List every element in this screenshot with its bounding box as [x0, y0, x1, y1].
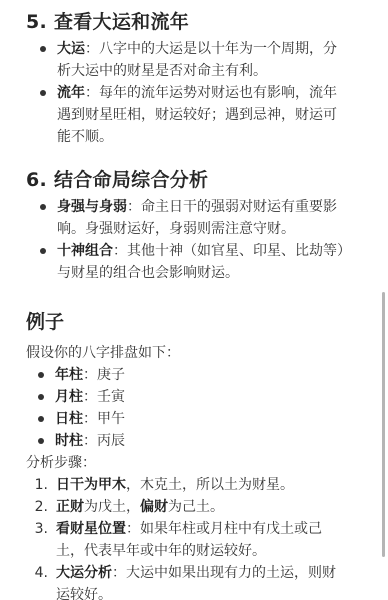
term: 十神组合 [57, 243, 113, 259]
separator: ： [83, 389, 97, 405]
separator: ： [127, 199, 141, 215]
step-number: 1. [34, 474, 48, 496]
item-text: 壬寅 [97, 389, 125, 405]
item-text: 甲午 [97, 411, 125, 427]
list-item: 2. 正财为戊土，偏财为己土。 [34, 496, 346, 518]
item-text: ，木克土，所以土为财星。 [126, 477, 294, 493]
separator: ： [113, 243, 127, 259]
bullet-icon [38, 372, 44, 378]
list-item: 日柱：甲午 [38, 408, 345, 430]
term: 正财 [56, 499, 84, 515]
list-item: 4. 大运分析：大运中如果出现有力的土运，则财运较好。 [34, 562, 346, 600]
term: 看财星位置 [56, 521, 126, 537]
term: 大运 [57, 41, 85, 57]
step-number: 2. [34, 496, 48, 518]
separator: ： [85, 41, 99, 57]
item-text: 为己土。 [168, 499, 224, 515]
list-item: 时柱：丙辰 [38, 430, 345, 452]
steps-label: 分析步骤： [26, 452, 96, 474]
separator: ： [83, 433, 97, 449]
section-5-list: 大运：八字中的大运是以十年为一个周期，分析大运中的财星是否对命主有利。 流年：每… [40, 38, 347, 148]
list-item: 流年：每年的流年运势对财运也有影响，流年遇到财星旺相，财运较好；遇到忌神，财运可… [40, 82, 347, 148]
bullet-icon [38, 394, 44, 400]
bullet-icon [38, 416, 44, 422]
list-item: 十神组合：其他十神（如官星、印星、比劫等）与财星的组合也会影响财运。 [40, 240, 347, 284]
term: 日柱 [55, 411, 83, 427]
separator: ： [83, 411, 97, 427]
term: 大运分析 [56, 565, 112, 581]
bullet-icon [38, 438, 44, 444]
item-text: 庚子 [97, 367, 125, 383]
steps-list: 1. 日干为甲木，木克土，所以土为财星。 2. 正财为戊土，偏财为己土。 3. … [34, 474, 346, 600]
list-item: 身强与身弱：命主日干的强弱对财运有重要影响。身强财运好，身弱则需注意守财。 [40, 196, 347, 240]
term: 月柱 [55, 389, 83, 405]
list-item: 1. 日干为甲木，木克土，所以土为财星。 [34, 474, 346, 496]
list-item: 3. 看财星位置：如果年柱或月柱中有戊土或己土，代表早年或中年的财运较好。 [34, 518, 346, 562]
separator: ： [83, 367, 97, 383]
list-item: 大运：八字中的大运是以十年为一个周期，分析大运中的财星是否对命主有利。 [40, 38, 347, 82]
example-intro: 假设你的八字排盘如下： [26, 342, 180, 364]
term: 日干为甲木 [56, 477, 126, 493]
item-text: 丙辰 [97, 433, 125, 449]
step-number: 4. [34, 562, 48, 584]
list-item: 年柱：庚子 [38, 364, 345, 386]
term: 身强与身弱 [57, 199, 127, 215]
term: 偏财 [140, 499, 168, 515]
section-5-heading: 5. 查看大运和流年 [26, 10, 189, 34]
list-item: 月柱：壬寅 [38, 386, 345, 408]
term: 年柱 [55, 367, 83, 383]
separator: ： [85, 85, 99, 101]
example-heading: 例子 [26, 310, 64, 334]
pillars-list: 年柱：庚子 月柱：壬寅 日柱：甲午 时柱：丙辰 [38, 364, 345, 452]
vertical-scrollbar[interactable] [382, 292, 385, 557]
term: 流年 [57, 85, 85, 101]
item-text: 每年的流年运势对财运也有影响，流年遇到财星旺相，财运较好；遇到忌神，财运可能不顺… [57, 85, 337, 145]
bullet-icon [40, 204, 46, 210]
step-number: 3. [34, 518, 48, 540]
section-6-heading: 6. 结合命局综合分析 [26, 168, 208, 192]
bullet-icon [40, 248, 46, 254]
bullet-icon [40, 90, 46, 96]
item-text: 八字中的大运是以十年为一个周期，分析大运中的财星是否对命主有利。 [57, 41, 337, 79]
bullet-icon [40, 46, 46, 52]
section-6-list: 身强与身弱：命主日干的强弱对财运有重要影响。身强财运好，身弱则需注意守财。 十神… [40, 196, 347, 284]
item-text: 为戊土， [84, 499, 140, 515]
term: 时柱 [55, 433, 83, 449]
